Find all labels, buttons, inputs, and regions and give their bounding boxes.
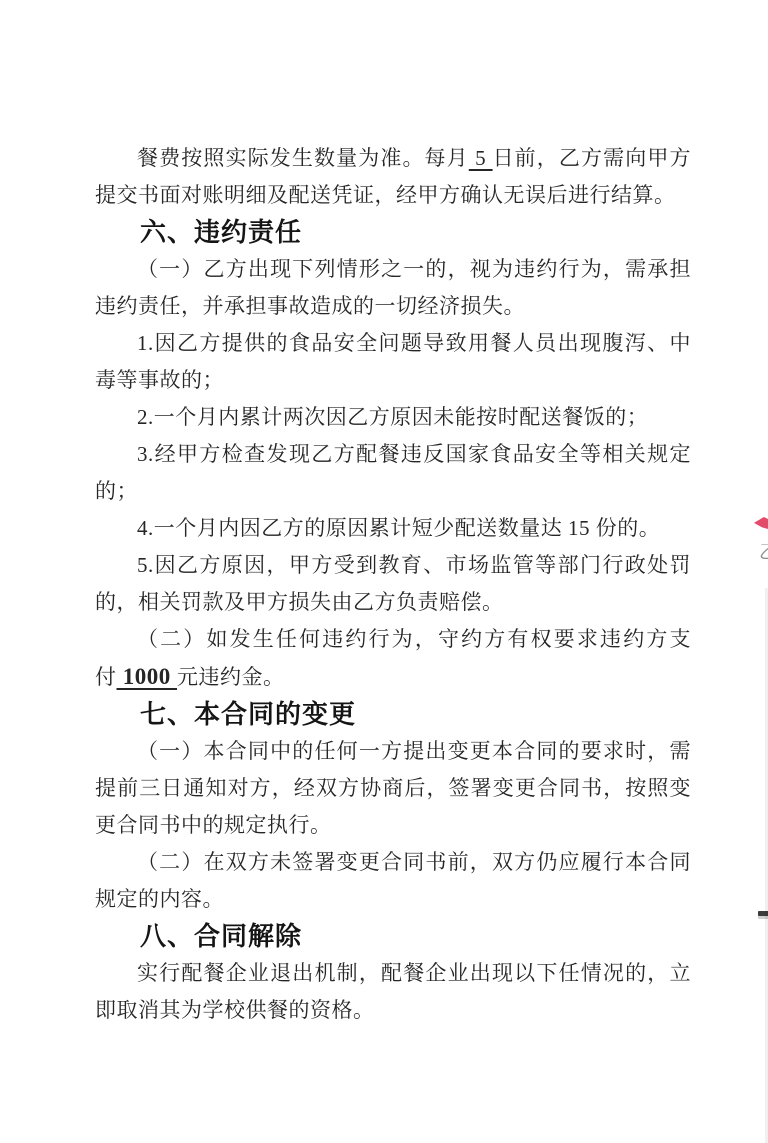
text-segment: 5.因乙方原因，甲方受到教育、市场监管等部门行政处罚的，相关罚款及甲方损失由乙方…: [95, 553, 691, 614]
text-segment: 实行配餐企业退出机制，配餐企业出现以下任情况的，立即取消其为学校供餐的资格。: [95, 961, 691, 1022]
text-segment: 餐费按照实际发生数量为准。每月: [137, 146, 469, 170]
contract-paragraph: 2.一个月内累计两次因乙方原因未能按时配送餐饭的；: [95, 399, 691, 436]
text-segment: 2.一个月内累计两次因乙方原因未能按时配送餐饭的；: [137, 405, 648, 429]
section-6-title: 六、违约责任: [140, 217, 302, 247]
red-margin-mark-icon: [754, 517, 768, 530]
contract-paragraph: （一）本合同中的任何一方提出变更本合同的要求时，需提前三日通知对方，经双方协商后…: [95, 733, 691, 844]
contract-paragraph: 餐费按照实际发生数量为准。每月 5 日前，乙方需向甲方提交书面对账明细及配送凭证…: [95, 140, 691, 214]
section-heading: 六、违约责任: [95, 214, 691, 251]
section-heading: 八、合同解除: [95, 918, 691, 955]
text-segment: 3.经甲方检查发现乙方配餐违反国家食品安全等相关规定的；: [95, 442, 691, 503]
settlement-day-value: 5: [469, 146, 493, 170]
scanned-contract-page: 餐费按照实际发生数量为准。每月 5 日前，乙方需向甲方提交书面对账明细及配送凭证…: [0, 0, 768, 1143]
contract-paragraph: 1.因乙方提供的食品安全问题导致用餐人员出现腹泻、中毒等事故的；: [95, 325, 691, 399]
text-segment: （一）本合同中的任何一方提出变更本合同的要求时，需提前三日通知对方，经双方协商后…: [95, 739, 691, 837]
section-7-title: 七、本合同的变更: [140, 699, 356, 729]
contract-paragraph: （二）在双方未签署变更合同书前，双方仍应履行本合同规定的内容。: [95, 844, 691, 918]
text-segment: 4.一个月内因乙方的原因累计短少配送数量达 15 份的。: [137, 516, 660, 540]
contract-text-block: 餐费按照实际发生数量为准。每月 5 日前，乙方需向甲方提交书面对账明细及配送凭证…: [95, 140, 691, 1029]
text-segment: （二）在双方未签署变更合同书前，双方仍应履行本合同规定的内容。: [95, 850, 691, 911]
penalty-amount-value: 1000: [117, 664, 178, 689]
section-heading: 七、本合同的变更: [95, 696, 691, 733]
contract-paragraph: （一）乙方出现下列情形之一的，视为违约行为，需承担违约责任，并承担事故造成的一切…: [95, 251, 691, 325]
contract-paragraph: 3.经甲方检查发现乙方配餐违反国家食品安全等相关规定的；: [95, 436, 691, 510]
text-segment: 元违约金。: [177, 665, 285, 689]
contract-paragraph: （二）如发生任何违约行为，守约方有权要求违约方支付 1000 元违约金。: [95, 621, 691, 696]
margin-glyph-fragment: 乙: [759, 540, 768, 566]
contract-paragraph: 5.因乙方原因，甲方受到教育、市场监管等部门行政处罚的，相关罚款及甲方损失由乙方…: [95, 547, 691, 621]
section-8-title: 八、合同解除: [140, 921, 302, 951]
contract-paragraph: 实行配餐企业退出机制，配餐企业出现以下任情况的，立即取消其为学校供餐的资格。: [95, 955, 691, 1029]
text-segment: 1.因乙方提供的食品安全问题导致用餐人员出现腹泻、中毒等事故的；: [95, 331, 691, 392]
text-segment: （一）乙方出现下列情形之一的，视为违约行为，需承担违约责任，并承担事故造成的一切…: [95, 257, 691, 318]
contract-paragraph: 4.一个月内因乙方的原因累计短少配送数量达 15 份的。: [95, 510, 691, 547]
